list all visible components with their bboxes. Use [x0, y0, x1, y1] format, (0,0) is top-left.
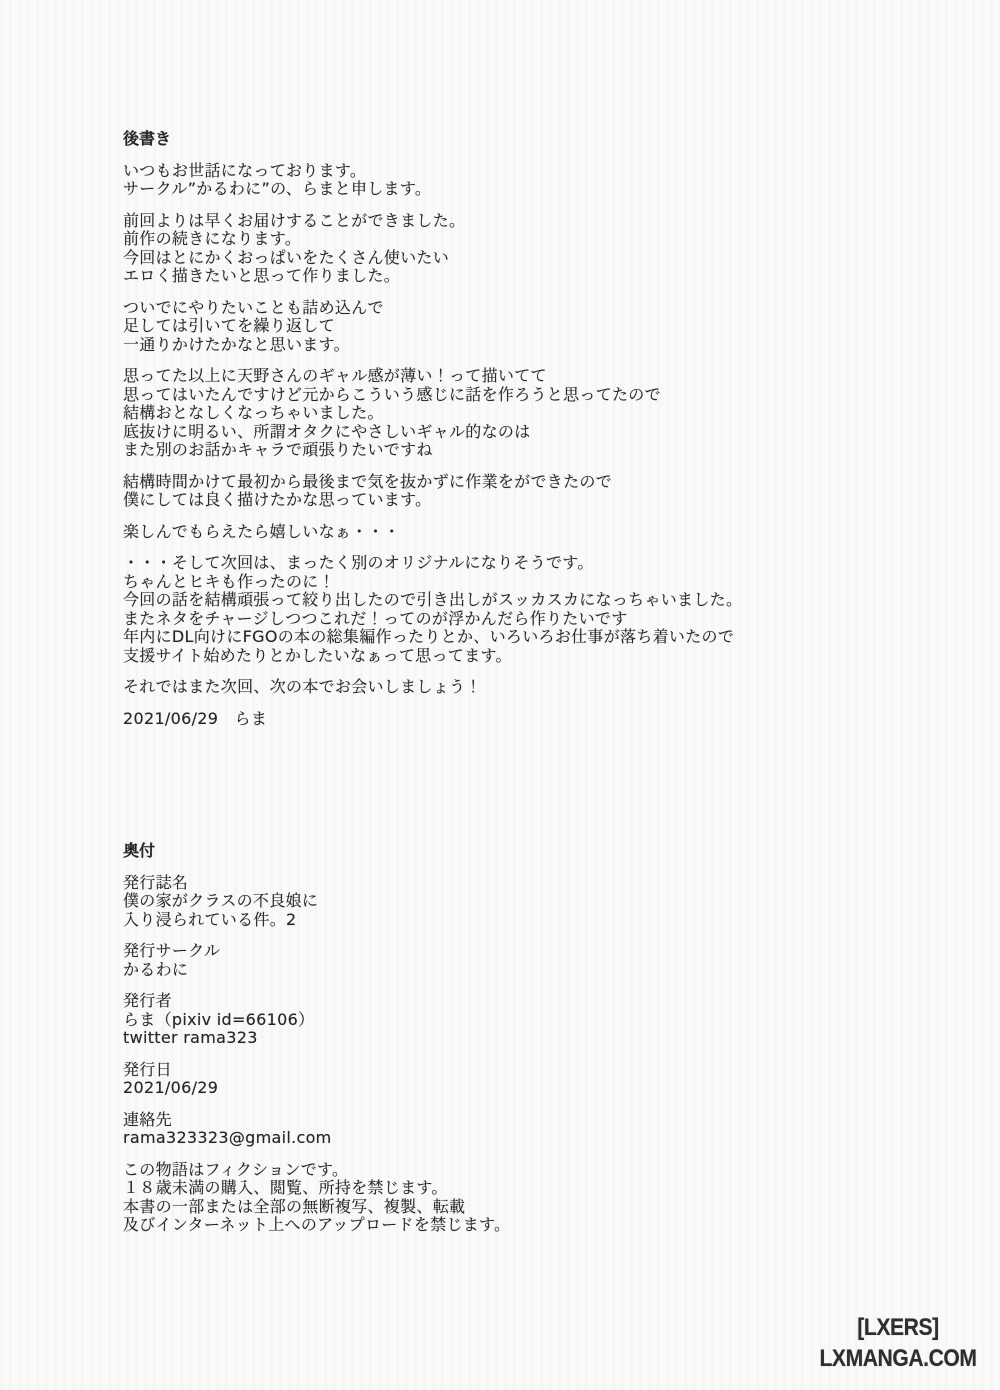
afterword-body: いつもお世話になっております。サークル”かるわに”の、らまと申します。前回よりは… [123, 162, 940, 697]
afterword-text-line: 結構おとなしくなっちゃいました。 [123, 404, 940, 423]
afterword-text-line: 足しては引いてを繰り返して [123, 317, 940, 336]
afterword-text-line: 支援サイト始めたりとかしたいなぁって思ってます。 [123, 647, 940, 666]
afterword-text-line: 底抜けに明るい、所謂オタクにやさしいギャル的なのは [123, 423, 940, 442]
afterword-text-line: いつもお世話になっております。 [123, 162, 940, 181]
colophon-entry-value: かるわに [123, 961, 940, 980]
afterword-text-line: それではまた次回、次の本でお会いしましょう！ [123, 678, 940, 697]
afterword-title: 後書き [123, 130, 940, 149]
afterword-paragraph: 結構時間かけて最初から最後まで気を抜かずに作業をができたので僕にしては良く描けた… [123, 473, 940, 510]
colophon-entry-value: twitter rama323 [123, 1029, 940, 1048]
afterword-signature-date: 2021/06/29 らま [123, 710, 940, 729]
afterword-text-line: 前作の続きになります。 [123, 230, 940, 249]
afterword-text-line: ついでにやりたいことも詰め込んで [123, 299, 940, 318]
afterword-text-line: 思ってた以上に天野さんのギャル感が薄い！って描いてて [123, 367, 940, 386]
colophon-entry-label: 発行者 [123, 992, 940, 1011]
afterword-text-line: ・・・そして次回は、まったく別のオリジナルになりそうです。 [123, 554, 940, 573]
afterword-paragraph: それではまた次回、次の本でお会いしましょう！ [123, 678, 940, 697]
colophon-entry-label: 発行サークル [123, 942, 940, 961]
colophon-entry: 発行者らま（pixiv id=66106）twitter rama323 [123, 992, 940, 1048]
afterword-text-line: 今回の話を結構頑張って絞り出したので引き出しがスッカスカになっちゃいました。 [123, 591, 940, 610]
colophon-entry-value: らま（pixiv id=66106） [123, 1011, 940, 1030]
colophon-entry: 発行サークルかるわに [123, 942, 940, 979]
colophon-disclaimer: この物語はフィクションです。１８歳未満の購入、閲覧、所持を禁じます。本書の一部ま… [123, 1161, 940, 1235]
afterword-text-line: 僕にしては良く描けたかな思っています。 [123, 491, 940, 510]
disclaimer-line: 本書の一部または全部の無断複写、複製、転載 [123, 1198, 940, 1217]
colophon-title: 奥付 [123, 842, 940, 861]
afterword-text-line: 年内にDL向けにFGOの本の総集編作ったりとか、いろいろお仕事が落ち着いたので [123, 628, 940, 647]
colophon-entry-value: 2021/06/29 [123, 1079, 940, 1098]
colophon-entry-label: 連絡先 [123, 1111, 940, 1130]
disclaimer-line: 及びインターネット上へのアップロードを禁じます。 [123, 1216, 940, 1235]
scanned-doujinshi-afterword-page: { "afterword": { "title": "後書き", "paragr… [0, 0, 1000, 1390]
colophon-section: 奥付 発行誌名僕の家がクラスの不良娘に入り浸られている件。2発行サークルかるわに… [123, 842, 940, 1235]
watermark-group-tag: [LXERS] [819, 1312, 977, 1343]
afterword-text-line: 思ってはいたんですけど元からこういう感じに話を作ろうと思ってたので [123, 386, 940, 405]
afterword-text-line: 今回はとにかくおっぱいをたくさん使いたい [123, 249, 940, 268]
colophon-entry-value: 僕の家がクラスの不良娘に [123, 892, 940, 911]
afterword-text-line: またネタをチャージしつつこれだ！ってのが浮かんだら作りたいです [123, 610, 940, 629]
disclaimer-line: １８歳未満の購入、閲覧、所持を禁じます。 [123, 1179, 940, 1198]
colophon-entry-value: rama323323@gmail.com [123, 1129, 940, 1148]
colophon-entry-label: 発行日 [123, 1061, 940, 1080]
afterword-paragraph: 前回よりは早くお届けすることができました。前作の続きになります。今回はとにかくお… [123, 212, 940, 286]
afterword-text-line: 一通りかけたかなと思います。 [123, 336, 940, 355]
afterword-paragraph: 楽しんでもらえたら嬉しいなぁ・・・ [123, 523, 940, 542]
colophon-entry: 発行日2021/06/29 [123, 1061, 940, 1098]
afterword-text-line: サークル”かるわに”の、らまと申します。 [123, 180, 940, 199]
colophon-entry: 発行誌名僕の家がクラスの不良娘に入り浸られている件。2 [123, 874, 940, 930]
colophon-entry: 連絡先rama323323@gmail.com [123, 1111, 940, 1148]
colophon-entries: 発行誌名僕の家がクラスの不良娘に入り浸られている件。2発行サークルかるわに発行者… [123, 874, 940, 1148]
colophon-entry-label: 発行誌名 [123, 874, 940, 893]
afterword-paragraph: ・・・そして次回は、まったく別のオリジナルになりそうです。ちゃんとヒキも作ったの… [123, 554, 940, 665]
afterword-paragraph: 思ってた以上に天野さんのギャル感が薄い！って描いてて思ってはいたんですけど元から… [123, 367, 940, 460]
afterword-section: 後書き いつもお世話になっております。サークル”かるわに”の、らまと申します。前… [123, 130, 940, 728]
page-scan-area: 後書き いつもお世話になっております。サークル”かるわに”の、らまと申します。前… [0, 0, 1000, 1390]
afterword-paragraph: いつもお世話になっております。サークル”かるわに”の、らまと申します。 [123, 162, 940, 199]
afterword-text-line: 結構時間かけて最初から最後まで気を抜かずに作業をができたので [123, 473, 940, 492]
afterword-text-line: 前回よりは早くお届けすることができました。 [123, 212, 940, 231]
colophon-entry-value: 入り浸られている件。2 [123, 911, 940, 930]
afterword-text-line: 楽しんでもらえたら嬉しいなぁ・・・ [123, 523, 940, 542]
afterword-text-line: ちゃんとヒキも作ったのに！ [123, 573, 940, 592]
afterword-text-line: エロく描きたいと思って作りました。 [123, 267, 940, 286]
watermark-site-name: LXMANGA.COM [819, 1343, 977, 1374]
watermark: [LXERS] LXMANGA.COM [808, 1312, 988, 1374]
afterword-paragraph: ついでにやりたいことも詰め込んで足しては引いてを繰り返して一通りかけたかなと思い… [123, 299, 940, 355]
disclaimer-line: この物語はフィクションです。 [123, 1161, 940, 1180]
afterword-text-line: また別のお話かキャラで頑張りたいですね [123, 441, 940, 460]
